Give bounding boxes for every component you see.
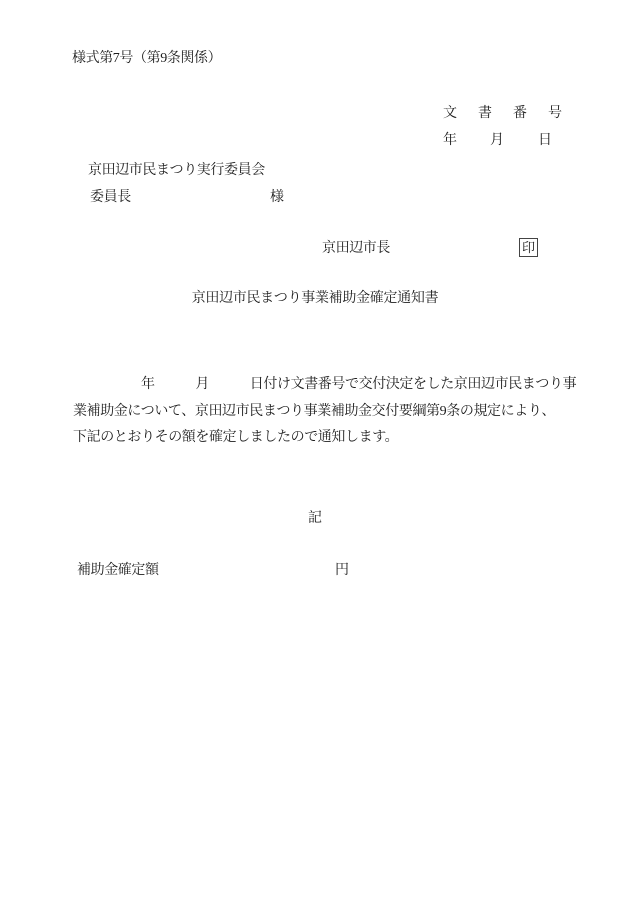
date-year-label: 年 <box>443 132 457 150</box>
amount-label: 補助金確定額 <box>77 562 159 580</box>
addressee-honorific: 様 <box>270 189 284 207</box>
addressee-title: 委員長 <box>90 189 131 207</box>
addressee-organization: 京田辺市民まつり実行委員会 <box>88 162 265 180</box>
document-page: 様式第7号（第9条関係） 文 書 番 号 年 月 日 京田辺市民まつり実行委員会… <box>0 0 630 903</box>
form-number: 様式第7号（第9条関係） <box>72 50 221 68</box>
body-line-3: 下記のとおりその額を確定しましたので通知します。 <box>73 425 568 452</box>
date-day-label: 日 <box>538 132 552 150</box>
document-title: 京田辺市民まつり事業補助金確定通知書 <box>0 290 630 308</box>
body-line-1: 年 月 日付け文書番号で交付決定をした京田辺市民まつり事 <box>73 372 568 399</box>
amount-unit: 円 <box>335 562 349 580</box>
seal-icon: 印 <box>522 241 535 254</box>
sender-name: 京田辺市長 <box>322 240 390 258</box>
date-month-label: 月 <box>490 132 504 150</box>
body-paragraph: 年 月 日付け文書番号で交付決定をした京田辺市民まつり事 業補助金について、京田… <box>73 372 568 452</box>
record-marker: 記 <box>0 510 630 528</box>
doc-number-label: 文 書 番 号 <box>443 105 566 123</box>
seal-placeholder: 印 <box>519 238 538 257</box>
body-line-2: 業補助金について、京田辺市民まつり事業補助金交付要綱第9条の規定により、 <box>73 399 568 426</box>
